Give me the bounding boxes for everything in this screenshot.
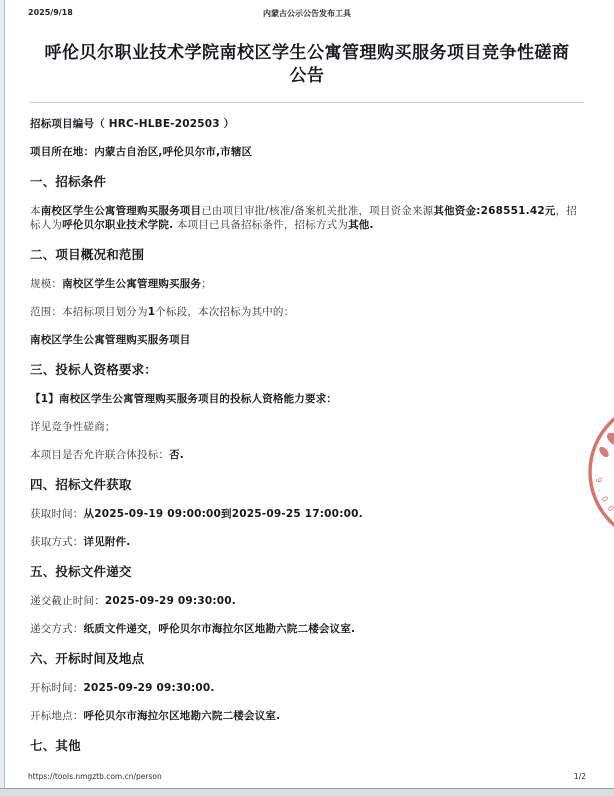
page-title: 呼伦贝尔职业技术学院南校区学生公寓管理购买服务项目竞争性磋商公告 — [30, 42, 584, 88]
consortium-line: 本项目是否允许联合体投标：否. — [30, 448, 584, 462]
bold-text-run: 2025-09-29 09:30:00. — [84, 682, 215, 694]
document-body: 招标项目编号（ HRC-HLBE-202503 ）项目所在地：内蒙古自治区,呼伦… — [30, 117, 584, 754]
text-run: 开标地点： — [30, 710, 84, 722]
bold-text-run: 项目所在地：内蒙古自治区,呼伦贝尔市,市辖区 — [30, 146, 252, 158]
bold-text-run: 纸质文件递交，呼伦贝尔市海拉尔区地勘六院二楼会议室. — [84, 623, 356, 635]
bold-text-run: 其他. — [348, 219, 374, 231]
deadline-line: 递交截止时间：2025-09-29 09:30:00. — [30, 594, 584, 608]
seal-arc-digits: 9 . 0 0 0 0 . 6 — [594, 477, 614, 537]
section-5-heading: 五、投标文件递交 — [30, 564, 584, 580]
section-2-heading: 二、项目概况和范围 — [30, 247, 584, 263]
bold-text-run: 二、项目概况和范围 — [30, 247, 144, 262]
section-3-heading: 三、投标人资格要求： — [30, 362, 584, 378]
bold-text-run: 一、招标条件 — [30, 174, 106, 189]
bold-text-run: 三、投标人资格要求： — [30, 362, 157, 377]
text-run: 本项目是否允许联合体投标： — [30, 449, 169, 461]
viewer-left-edge — [0, 0, 5, 796]
print-header: 2025/9/18 内蒙古公示公告发布工具 — [0, 8, 614, 19]
section-6-heading: 六、开标时间及地点 — [30, 651, 584, 667]
bold-text-run: 南校区学生公寓管理购买服务 — [62, 278, 201, 290]
text-run: 获取时间： — [30, 508, 84, 520]
project-location-line: 项目所在地：内蒙古自治区,呼伦贝尔市,市辖区 — [30, 145, 584, 159]
scale-line: 规模：南校区学生公寓管理购买服务； — [30, 277, 584, 291]
section-1-heading: 一、招标条件 — [30, 174, 584, 190]
document-content: 呼伦贝尔职业技术学院南校区学生公寓管理购买服务项目竞争性磋商公告 招标项目编号（… — [30, 34, 584, 754]
text-run: 开标时间： — [30, 682, 84, 694]
text-run: 本 — [30, 205, 41, 217]
text-run: 获取方式： — [30, 536, 84, 548]
red-stamp-seal: 9 . 0 0 0 0 . 6 — [580, 392, 614, 552]
text-run: 递交方式： — [30, 623, 84, 635]
qualification-detail-line: 详见竞争性磋商； — [30, 420, 584, 434]
footer-url: https://tools.nmgztb.com.cn/person — [28, 772, 162, 781]
bold-text-run: 2025-09-29 09:30:00. — [105, 595, 236, 607]
obtain-method-line: 获取方式：详见附件. — [30, 535, 584, 549]
bold-text-run: 四、招标文件获取 — [30, 477, 132, 492]
section-1-paragraph: 本南校区学生公寓管理购买服务项目已由项目审批/核准/备案机关批准，项目资金来源其… — [30, 204, 584, 232]
bold-text-run: 六、开标时间及地点 — [30, 651, 144, 666]
announcement-page: 2025/9/18 内蒙古公示公告发布工具 呼伦贝尔职业技术学院南校区学生公寓管… — [0, 0, 614, 796]
seal-ring — [590, 402, 614, 542]
obtain-time-line: 获取时间：从2025-09-19 09:00:00到2025-09-25 17:… — [30, 507, 584, 521]
text-run: 规模： — [30, 278, 62, 290]
bold-text-run: 否. — [169, 449, 184, 461]
project-number-line: 招标项目编号（ HRC-HLBE-202503 ） — [30, 117, 584, 131]
print-source-title: 内蒙古公示公告发布工具 — [0, 8, 614, 19]
text-run: 个标段，本次招标为其中的： — [155, 306, 294, 318]
bold-text-run: 南校区学生公寓管理购买服务项目 — [41, 205, 202, 217]
bold-text-run: 其他资金:268551.42元 — [433, 205, 555, 217]
opening-place-line: 开标地点：呼伦贝尔市海拉尔区地勘六院二楼会议室. — [30, 709, 584, 723]
viewer-bottom-edge — [0, 788, 614, 796]
bold-text-run: 五、投标文件递交 — [30, 564, 132, 579]
text-run: ； — [201, 278, 212, 290]
title-divider — [30, 102, 584, 103]
bold-text-run: 从2025-09-19 09:00:00到2025-09-25 17:00:00… — [84, 508, 363, 520]
section-7-heading: 七、其他 — [30, 738, 584, 754]
bold-text-run: 七、其他 — [30, 738, 81, 753]
text-run: 详见竞争性磋商； — [30, 421, 116, 433]
bid-section-name-line: 南校区学生公寓管理购买服务项目 — [30, 333, 584, 347]
print-date: 2025/9/18 — [28, 8, 73, 17]
opening-time-line: 开标时间：2025-09-29 09:30:00. — [30, 681, 584, 695]
section-4-heading: 四、招标文件获取 — [30, 477, 584, 493]
bold-text-run: 【1】南校区学生公寓管理购买服务项目的投标人资格能力要求： — [30, 393, 337, 405]
text-run: 已由项目审批/核准/备案机关批准，项目资金来源 — [201, 205, 433, 217]
footer-page-indicator: 1/2 — [574, 772, 586, 781]
bold-text-run: 招标项目编号（ HRC-HLBE-202503 ） — [30, 118, 234, 130]
text-run: 范围：本招标项目划分为 — [30, 306, 148, 318]
bold-text-run: 呼伦贝尔职业技术学院. — [62, 219, 173, 231]
bold-text-run: 南校区学生公寓管理购买服务项目 — [30, 334, 191, 346]
bold-text-run: 详见附件. — [84, 536, 131, 548]
text-run: 本项目已具备招标条件，招标方式为 — [173, 219, 348, 231]
bold-text-run: 呼伦贝尔市海拉尔区地勘六院二楼会议室. — [84, 710, 281, 722]
scope-line: 范围：本招标项目划分为1个标段，本次招标为其中的： — [30, 305, 584, 319]
submit-method-line: 递交方式：纸质文件递交，呼伦贝尔市海拉尔区地勘六院二楼会议室. — [30, 622, 584, 636]
qualification-title-line: 【1】南校区学生公寓管理购买服务项目的投标人资格能力要求： — [30, 392, 584, 406]
text-run: 递交截止时间： — [30, 595, 105, 607]
